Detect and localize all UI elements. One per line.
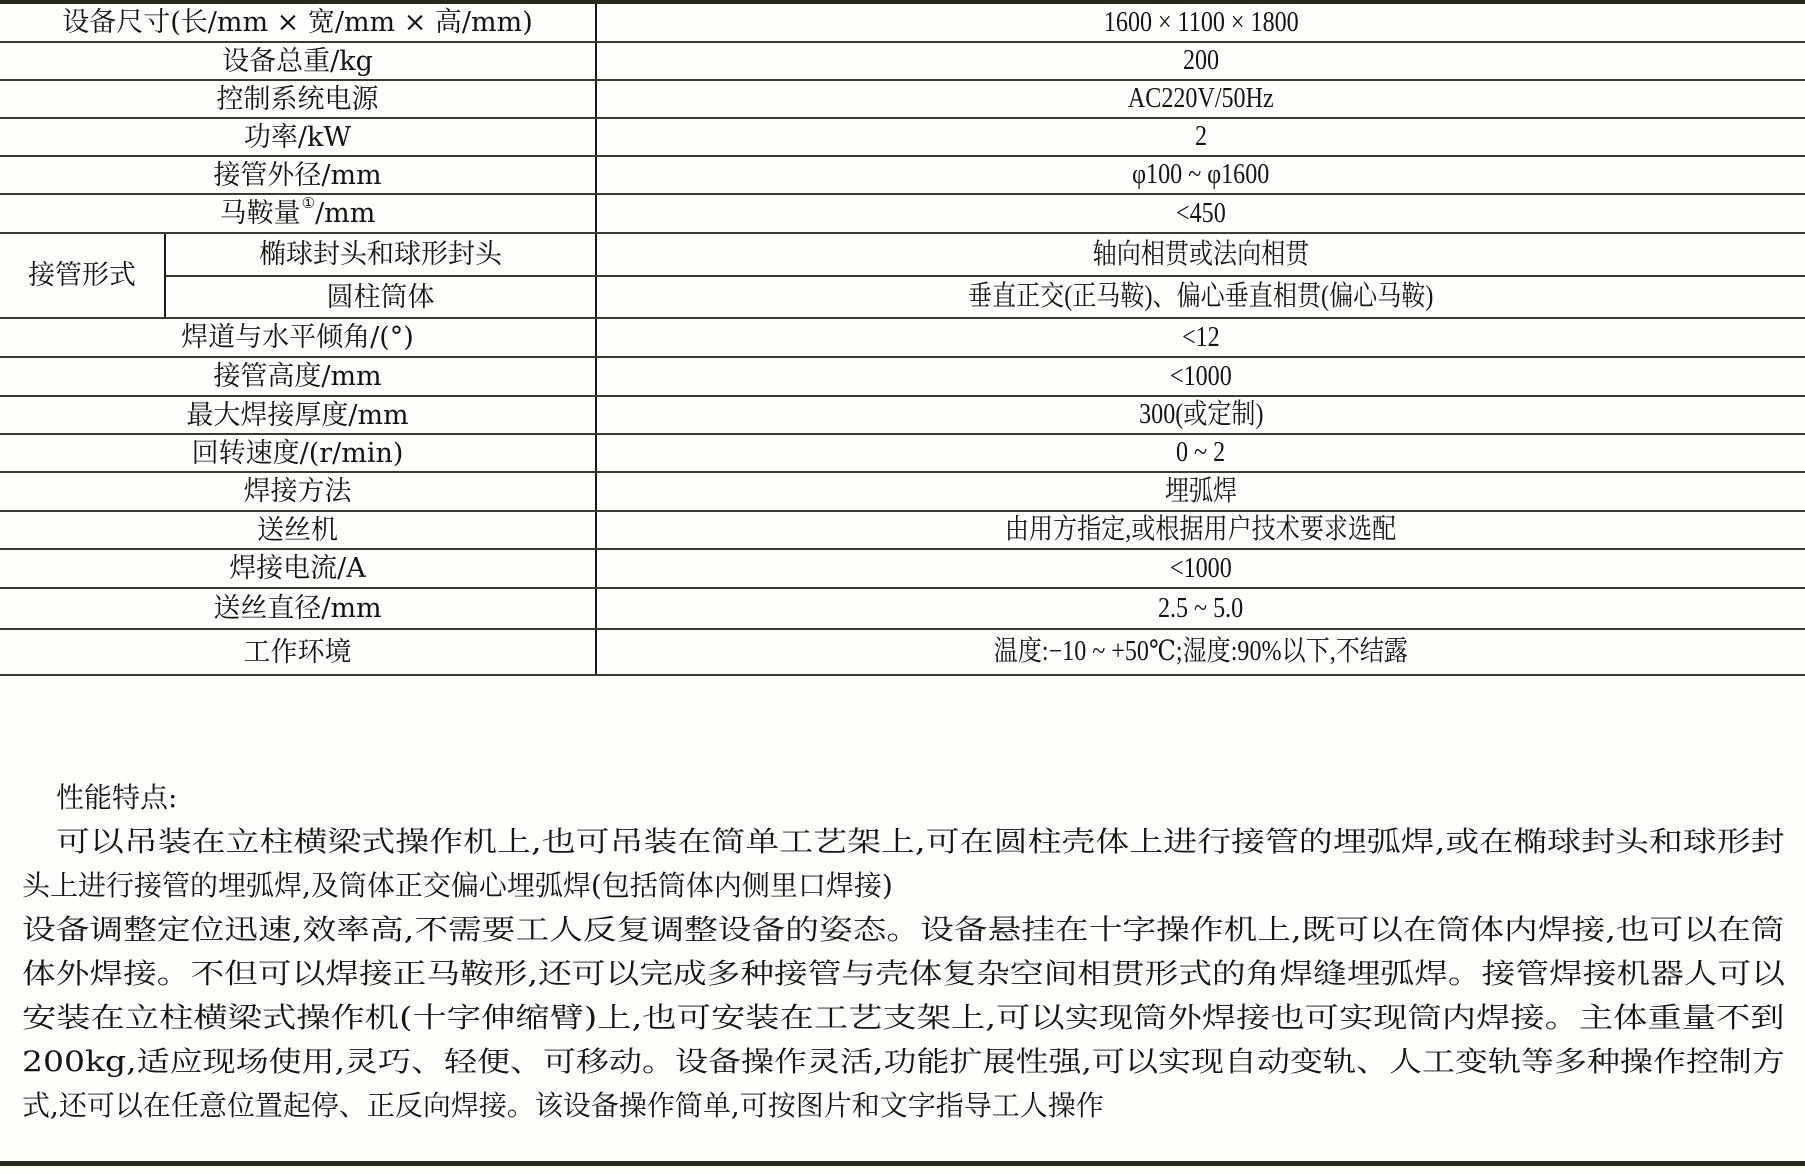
table-row: 接管形式 椭球封头和球形封头 轴向相贯或法向相贯 [0,233,1805,276]
features-line: 体外焊接。不但可以焊接正马鞍形,还可以完成多种接管与壳体复杂空间相贯形式的角焊缝… [0,952,1805,996]
table-row: 功率/kW 2 [0,118,1805,156]
features-line: 可以吊装在立柱横梁式操作机上,也可吊装在简单工艺架上,可在圆柱壳体上进行接管的埋… [0,820,1805,864]
group-label: 接管形式 [0,233,165,318]
row-value: 轴向相贯或法向相贯 [596,233,1805,276]
table-row: 设备尺寸(长/mm × 宽/mm × 高/mm) 1600 × 1100 × 1… [0,4,1805,42]
label-main: 马鞍量 [220,198,301,229]
row-label: 送丝直径/mm [0,588,596,629]
table-row: 焊接方法 埋弧焊 [0,472,1805,511]
row-value: <12 [596,318,1805,357]
row-label: 接管外径/mm [0,156,596,194]
label-unit: /mm [315,198,375,229]
row-label: 工作环境 [0,629,596,675]
row-label: 送丝机 [0,511,596,549]
row-value: 由用方指定,或根据用户技术要求选配 [596,511,1805,549]
row-value: <1000 [596,549,1805,588]
table-row: 接管高度/mm <1000 [0,357,1805,396]
row-label: 马鞍量①/mm [0,194,596,233]
footnote-marker: ① [302,194,315,212]
spec-sheet: 设备尺寸(长/mm × 宽/mm × 高/mm) 1600 × 1100 × 1… [0,0,1805,1174]
row-label: 焊接方法 [0,472,596,511]
table-row: 送丝直径/mm 2.5 ~ 5.0 [0,588,1805,629]
row-label: 焊接电流/A [0,549,596,588]
row-value: 2.5 ~ 5.0 [596,588,1805,629]
features-line: 200kg,适应现场使用,灵巧、轻便、可移动。设备操作灵活,功能扩展性强,可以实… [0,1040,1805,1084]
row-value: 300(或定制) [596,396,1805,434]
table-row: 焊道与水平倾角/(°) <12 [0,318,1805,357]
table-row: 工作环境 温度:−10 ~ +50℃;湿度:90%以下,不结露 [0,629,1805,675]
table-row: 送丝机 由用方指定,或根据用户技术要求选配 [0,511,1805,549]
table-row: 设备总重/kg 200 [0,42,1805,80]
sub-row-label: 椭球封头和球形封头 [165,233,596,276]
row-label: 回转速度/(r/min) [0,434,596,472]
table-bottom-rule [0,1161,1805,1166]
performance-features: 性能特点: 可以吊装在立柱横梁式操作机上,也可吊装在简单工艺架上,可在圆柱壳体上… [0,776,1805,1128]
row-value: 1600 × 1100 × 1800 [596,4,1805,42]
row-value: 温度:−10 ~ +50℃;湿度:90%以下,不结露 [596,629,1805,675]
features-line: 安装在立柱横梁式操作机(十字伸缩臂)上,也可安装在工艺支架上,可以实现筒外焊接也… [0,996,1805,1040]
table-row: 最大焊接厚度/mm 300(或定制) [0,396,1805,434]
sub-row-label: 圆柱筒体 [165,276,596,318]
spec-table: 设备尺寸(长/mm × 宽/mm × 高/mm) 1600 × 1100 × 1… [0,4,1805,676]
features-line: 式,还可以在任意位置起停、正反向焊接。该设备操作简单,可按图片和文字指导工人操作 [0,1084,1805,1128]
table-row: 控制系统电源 AC220V/50Hz [0,80,1805,118]
row-value: 垂直正交(正马鞍)、偏心垂直相贯(偏心马鞍) [596,276,1805,318]
row-label: 控制系统电源 [0,80,596,118]
row-value: <450 [596,194,1805,233]
row-label: 设备总重/kg [0,42,596,80]
row-value: 2 [596,118,1805,156]
row-label: 接管高度/mm [0,357,596,396]
row-label: 最大焊接厚度/mm [0,396,596,434]
table-row: 接管外径/mm φ100 ~ φ1600 [0,156,1805,194]
table-row: 焊接电流/A <1000 [0,549,1805,588]
table-row: 马鞍量①/mm <450 [0,194,1805,233]
row-value: 200 [596,42,1805,80]
row-label: 功率/kW [0,118,596,156]
row-value: 埋弧焊 [596,472,1805,511]
features-heading: 性能特点: [0,776,1805,820]
row-value: <1000 [596,357,1805,396]
table-row: 圆柱筒体 垂直正交(正马鞍)、偏心垂直相贯(偏心马鞍) [0,276,1805,318]
table-row: 回转速度/(r/min) 0 ~ 2 [0,434,1805,472]
row-value: AC220V/50Hz [596,80,1805,118]
row-label: 焊道与水平倾角/(°) [0,318,596,357]
features-line: 头上进行接管的埋弧焊,及筒体正交偏心埋弧焊(包括筒体内侧里口焊接) [0,864,1805,908]
row-value: φ100 ~ φ1600 [596,156,1805,194]
row-label: 设备尺寸(长/mm × 宽/mm × 高/mm) [0,4,596,42]
row-value: 0 ~ 2 [596,434,1805,472]
features-line: 设备调整定位迅速,效率高,不需要工人反复调整设备的姿态。设备悬挂在十字操作机上,… [0,908,1805,952]
